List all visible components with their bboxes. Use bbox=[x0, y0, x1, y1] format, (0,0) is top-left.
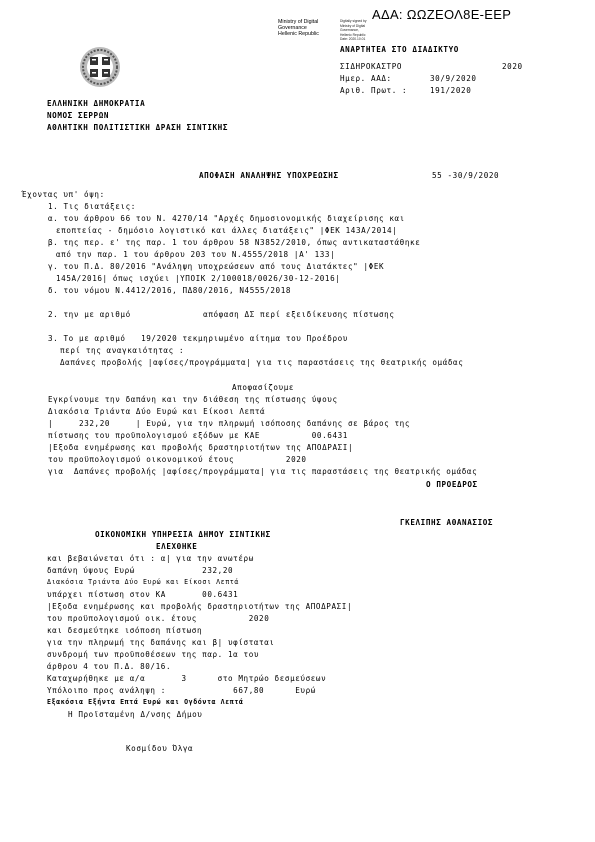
ministry-block: Ministry of Digital Governance Hellenic … bbox=[278, 19, 319, 37]
decision-line: του προϋπολογισμού οικονομικού έτους 202… bbox=[48, 455, 307, 464]
decision-line: πίστωσης του προϋπολογισμού εξόδων με ΚΑ… bbox=[48, 431, 348, 440]
item-a-cont: εποπτείας - δημόσιο λογιστικό και άλλες … bbox=[56, 226, 397, 235]
decision-line: για Δαπάνες προβολής |αφίσες/προγράμματα… bbox=[48, 467, 477, 476]
finance-line: Εξακόσια Εξήντα Επτά Ευρώ και Ογδόντα Λε… bbox=[47, 698, 244, 707]
finance-line: του προϋπολογισμού οικ. έτους 2020 bbox=[47, 614, 269, 623]
issuer-line: ΝΟΜΟΣ ΣΕΡΡΩΝ bbox=[47, 111, 109, 120]
item-a: α. του άρθρου 66 του Ν. 4270/14 "Αρχές δ… bbox=[48, 214, 405, 223]
finance-line: δαπάνη ύψους Ευρώ 232,20 bbox=[47, 566, 233, 575]
signer-title: Ο ΠΡΟΕΔΡΟΣ bbox=[426, 480, 478, 489]
publish-note: ΑΝΑΡΤΗΤΕΑ ΣΤΟ ΔΙΑΔΙΚΤΥΟ bbox=[340, 45, 459, 54]
intro: Έχοντας υπ' όψη: bbox=[22, 190, 105, 199]
item-c: γ. του Π.Δ. 80/2016 "Ανάληψη υποχρεώσεων… bbox=[48, 262, 384, 271]
finance-checked: ΕΛΕΧΘΗΚΕ bbox=[156, 542, 197, 551]
item-2: 2. την με αριθμό απόφαση ΔΣ περί εξειδίκ… bbox=[48, 310, 395, 319]
finance-line: για την πληρωμή της δαπάνης και β| υφίστ… bbox=[47, 638, 275, 647]
finance-line: άρθρου 4 του Π.Δ. 80/16. bbox=[47, 662, 171, 671]
date-value: 30/9/2020 bbox=[430, 74, 477, 83]
finance-line: |Εξοδα ενημέρωσης και προβολής δραστηριο… bbox=[47, 602, 352, 611]
decision-line: |Εξοδα ενημέρωσης και προβολής δραστηριο… bbox=[48, 443, 353, 452]
protocol-label: Αριθ. Πρωτ. : bbox=[340, 86, 407, 95]
decision-amount: | 232,20 | Ευρώ, για την πληρωμή ισόποση… bbox=[48, 419, 410, 428]
greek-coat-of-arms-icon bbox=[79, 46, 121, 88]
finance-line: Διακόσια Τριάντα Δύο Ευρώ και Είκοσι Λεπ… bbox=[47, 578, 239, 587]
finance-line: Υπόλοιπο προς ανάληψη : 667,80 Ευρώ bbox=[47, 686, 316, 695]
decision-line: Εγκρίνουμε την δαπάνη και την διάθεση τη… bbox=[48, 395, 338, 404]
finance-line: και βεβαιώνεται ότι : α| για την ανωτέρω bbox=[47, 554, 254, 563]
issuer-line: ΑΘΛΗΤΙΚΗ ΠΟΛΙΤΙΣΤΙΚΗ ΔΡΑΣΗ ΣΙΝΤΙΚΗΣ bbox=[47, 123, 228, 132]
finance-line: Καταχωρήθηκε με α/α 3 στο Μητρώο δεσμεύσ… bbox=[47, 674, 326, 683]
item-b: β. της περ. ε' της παρ. 1 του άρθρου 58 … bbox=[48, 238, 420, 247]
finance-heading: ΟΙΚΟΝΟΜΙΚΗ ΥΠΗΡΕΣΙΑ ΔΗΜΟΥ ΣΙΝΤΙΚΗΣ bbox=[95, 530, 271, 539]
item-3-cont: περί της αναγκαιότητας : bbox=[60, 346, 184, 355]
item-b-cont: από την παρ. 1 του άρθρου 203 του Ν.4555… bbox=[56, 250, 335, 259]
signature-line: Date: 2020.10.01 bbox=[340, 37, 367, 42]
place: ΣΙΔΗΡΟΚΑΣΤΡΟ bbox=[340, 62, 402, 71]
issuer-line: ΕΛΛΗΝΙΚΗ ΔΗΜΟΚΡΑΤΙΑ bbox=[47, 99, 145, 108]
finance-line: και δεσμεύτηκε ισόποση πίστωση bbox=[47, 626, 202, 635]
signer-name: ΓΚΕΛΙΠΗΣ ΑΘΑΝΑΣΙΟΣ bbox=[400, 518, 493, 527]
decision-line: Διακόσια Τριάντα Δύο Ευρώ και Είκοσι Λεπ… bbox=[48, 407, 265, 416]
signature-line: Digitally signed by bbox=[340, 19, 367, 24]
date-label: Ημερ. ΑΑΔ: bbox=[340, 74, 392, 83]
ada-code: ΑΔΑ: ΩΩΖΕΟΛ8Ε-ΕΕΡ bbox=[372, 7, 511, 22]
finance-signer-title: Η Προϊσταμένη Δ/νσης Δήμου bbox=[68, 710, 202, 719]
item-1: 1. Τις διατάξεις: bbox=[48, 202, 136, 211]
item-c-cont: 145Α/2016| όπως ισχύει |ΥΠΟΙΚ 2/100018/0… bbox=[56, 274, 340, 283]
protocol-value: 191/2020 bbox=[430, 86, 471, 95]
finance-line: συνδρομή των προϋποθέσεων της παρ. 1α το… bbox=[47, 650, 259, 659]
finance-line: υπάρχει πίστωση στον ΚΑ 00.6431 bbox=[47, 590, 238, 599]
ministry-line: Hellenic Republic bbox=[278, 31, 319, 37]
item-d: δ. του νόμου Ν.4412/2016, ΠΔ80/2016, Ν45… bbox=[48, 286, 291, 295]
finance-signer-name: Κοσμίδου Όλγα bbox=[126, 744, 193, 753]
decision-heading: Αποφασίζουμε bbox=[232, 383, 294, 392]
year: 2020 bbox=[502, 62, 523, 71]
item-3: 3. Το με αριθμό 19/2020 τεκμηριωμένο αίτ… bbox=[48, 334, 348, 343]
decision-number: 55 -30/9/2020 bbox=[432, 171, 499, 180]
digital-signature-block: Digitally signed by Ministry of Digital … bbox=[340, 19, 367, 42]
item-3-desc: Δαπάνες προβολής |αφίσες/προγράμματα| γι… bbox=[60, 358, 463, 367]
document-title: ΑΠΟΦΑΣΗ ΑΝΑΛΗΨΗΣ ΥΠΟΧΡΕΩΣΗΣ bbox=[199, 171, 339, 180]
